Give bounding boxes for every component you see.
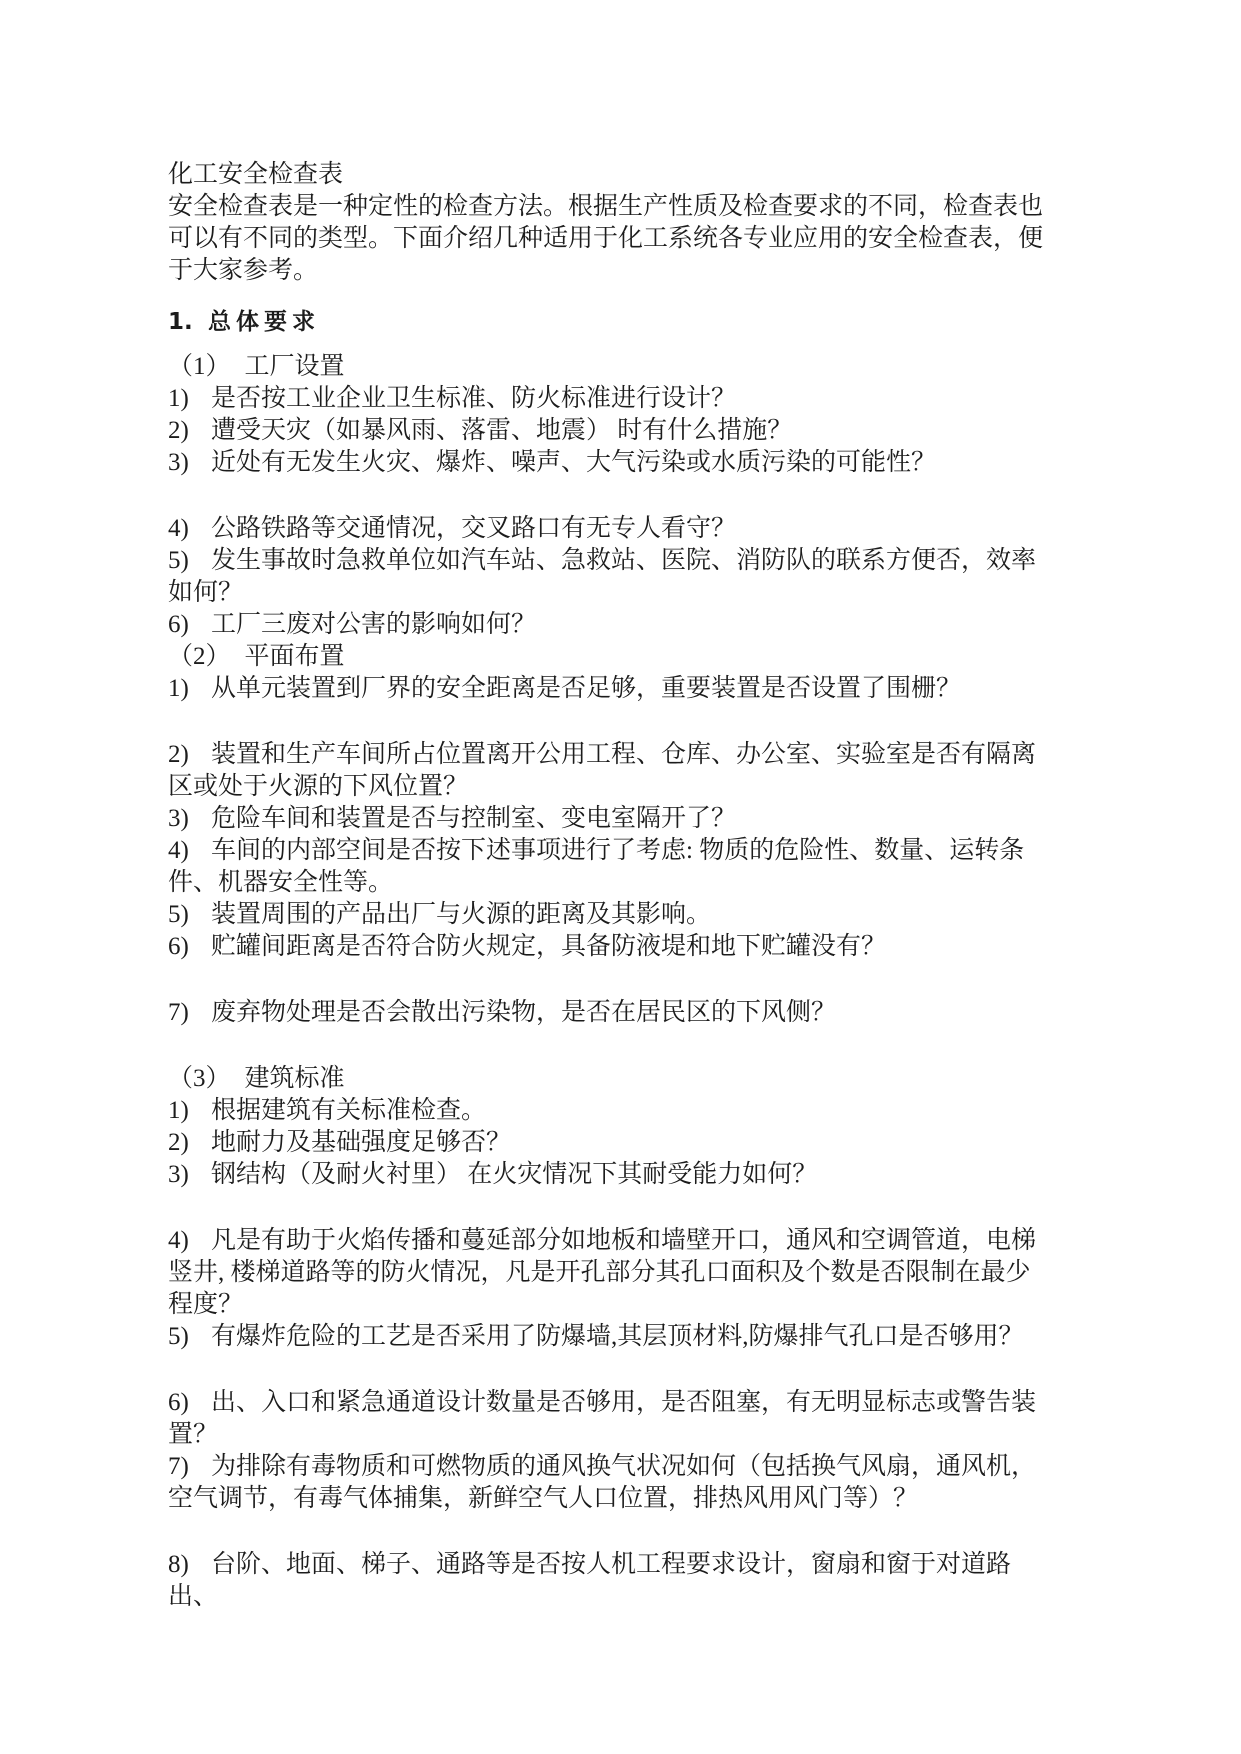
item-marker: 4): [168, 1225, 211, 1257]
checklist-item: 7)废弃物处理是否会散出污染物，是否在居民区的下风侧？: [168, 997, 1048, 1029]
item-text: 台阶、地面、梯子、通路等是否按人机工程要求设计，窗扇和窗于对道路出、: [168, 1551, 1011, 1610]
checklist-item: 1)根据建筑有关标准检查。: [168, 1095, 1048, 1127]
checklist-item: 2)遭受天灾（如暴风雨、落雷、地震） 时有什么措施？: [168, 415, 1048, 447]
checklist-item: 4)公路铁路等交通情况，交叉路口有无专人看守？: [168, 513, 1048, 545]
item-text: 公路铁路等交通情况，交叉路口有无专人看守？: [211, 515, 736, 542]
item-text: 为排除有毒物质和可燃物质的通风换气状况如何（包括换气风扇，通风机，空气调节，有毒…: [168, 1453, 1036, 1512]
intro-paragraph: 安全检查表是一种定性的检查方法。根据生产性质及检查要求的不同，检查表也可以有不同…: [168, 191, 1048, 287]
item-marker: 5): [168, 899, 211, 931]
item-text: 有爆炸危险的工艺是否采用了防爆墙,其层顶材料,防爆排气孔口是否够用？: [211, 1323, 1024, 1350]
item-marker: 7): [168, 1451, 211, 1483]
subsection-label: （1）: [168, 353, 231, 380]
checklist-item: 5)发生事故时急救单位如汽车站、急救站、医院、消防队的联系方便否，效率如何？: [168, 545, 1048, 609]
checklist-item: 1)从单元装置到厂界的安全距离是否足够，重要装置是否设置了围栅？: [168, 673, 1048, 705]
checklist-item: 3)钢结构（及耐火衬里） 在火灾情况下其耐受能力如何？: [168, 1159, 1048, 1191]
document-title: 化工安全检查表: [168, 159, 1048, 191]
item-text: 废弃物处理是否会散出污染物，是否在居民区的下风侧？: [211, 999, 836, 1026]
subsection-title: 工厂设置: [245, 353, 345, 380]
checklist-item: 6)工厂三废对公害的影响如何？: [168, 609, 1048, 641]
item-text: 是否按工业企业卫生标准、防火标准进行设计？: [211, 385, 736, 412]
item-text: 钢结构（及耐火衬里） 在火灾情况下其耐受能力如何？: [211, 1161, 817, 1188]
subsection-label: （2）: [168, 643, 231, 670]
item-text: 凡是有助于火焰传播和蔓延部分如地板和墙壁开口，通风和空调管道，电梯竖井, 楼梯道…: [168, 1227, 1036, 1318]
item-text: 装置和生产车间所占位置离开公用工程、仓库、办公室、实验室是否有隔离区或处于火源的…: [168, 741, 1036, 800]
checklist-item: 2)地耐力及基础强度足够否？: [168, 1127, 1048, 1159]
subsection-title: 建筑标准: [245, 1065, 345, 1092]
checklist-item: 2)装置和生产车间所占位置离开公用工程、仓库、办公室、实验室是否有隔离区或处于火…: [168, 739, 1048, 803]
checklist-item: 6)出、入口和紧急通道设计数量是否够用，是否阻塞，有无明显标志或警告装置？: [168, 1387, 1048, 1451]
item-marker: 8): [168, 1549, 211, 1581]
item-text: 出、入口和紧急通道设计数量是否够用，是否阻塞，有无明显标志或警告装置？: [168, 1389, 1036, 1448]
document-page: 化工安全检查表 安全检查表是一种定性的检查方法。根据生产性质及检查要求的不同，检…: [0, 0, 1241, 1754]
subsection-heading: （3）建筑标准: [168, 1063, 1048, 1095]
subsection-label: （3）: [168, 1065, 231, 1092]
section-title: 总体要求: [208, 309, 320, 335]
checklist-item: 3)近处有无发生火灾、爆炸、噪声、大气污染或水质污染的可能性？: [168, 447, 1048, 479]
item-text: 近处有无发生火灾、爆炸、噪声、大气污染或水质污染的可能性？: [211, 449, 936, 476]
item-marker: 3): [168, 803, 211, 835]
checklist-item: 8)台阶、地面、梯子、通路等是否按人机工程要求设计，窗扇和窗于对道路出、: [168, 1549, 1048, 1613]
section-number: 1.: [168, 306, 208, 338]
subsections-container: （1）工厂设置1)是否按工业企业卫生标准、防火标准进行设计？2)遭受天灾（如暴风…: [168, 351, 1048, 1613]
item-marker: 2): [168, 739, 211, 771]
item-marker: 1): [168, 1095, 211, 1127]
checklist-item: 4)凡是有助于火焰传播和蔓延部分如地板和墙壁开口，通风和空调管道，电梯竖井, 楼…: [168, 1225, 1048, 1321]
checklist-item: 1)是否按工业企业卫生标准、防火标准进行设计？: [168, 383, 1048, 415]
item-marker: 3): [168, 1159, 211, 1191]
item-text: 装置周围的产品出厂与火源的距离及其影响。: [211, 901, 711, 928]
item-text: 根据建筑有关标准检查。: [211, 1097, 486, 1124]
item-text: 从单元装置到厂界的安全距离是否足够，重要装置是否设置了围栅？: [211, 675, 961, 702]
item-text: 地耐力及基础强度足够否？: [211, 1129, 511, 1156]
item-marker: 2): [168, 1127, 211, 1159]
checklist-item: 5)有爆炸危险的工艺是否采用了防爆墙,其层顶材料,防爆排气孔口是否够用？: [168, 1321, 1048, 1353]
item-marker: 4): [168, 835, 211, 867]
item-marker: 4): [168, 513, 211, 545]
item-marker: 1): [168, 673, 211, 705]
item-marker: 5): [168, 545, 211, 577]
item-text: 工厂三废对公害的影响如何？: [211, 611, 536, 638]
item-marker: 2): [168, 415, 211, 447]
item-text: 发生事故时急救单位如汽车站、急救站、医院、消防队的联系方便否，效率如何？: [168, 547, 1036, 606]
checklist-item: 6)贮罐间距离是否符合防火规定，具备防液堤和地下贮罐没有？: [168, 931, 1048, 963]
item-marker: 6): [168, 609, 211, 641]
document-content: 化工安全检查表 安全检查表是一种定性的检查方法。根据生产性质及检查要求的不同，检…: [0, 0, 1048, 1613]
item-marker: 1): [168, 383, 211, 415]
checklist-item: 4)车间的内部空间是否按下述事项进行了考虑: 物质的危险性、数量、运转条件、机器…: [168, 835, 1048, 899]
subsection-title: 平面布置: [245, 643, 345, 670]
item-text: 车间的内部空间是否按下述事项进行了考虑: 物质的危险性、数量、运转条件、机器安全…: [168, 837, 1024, 896]
subsection-heading: （1）工厂设置: [168, 351, 1048, 383]
item-text: 危险车间和装置是否与控制室、变电室隔开了？: [211, 805, 736, 832]
subsection-heading: （2）平面布置: [168, 641, 1048, 673]
checklist-item: 5)装置周围的产品出厂与火源的距离及其影响。: [168, 899, 1048, 931]
item-marker: 5): [168, 1321, 211, 1353]
item-marker: 7): [168, 997, 211, 1029]
section-heading: 1.总体要求: [168, 306, 1048, 338]
checklist-item: 7)为排除有毒物质和可燃物质的通风换气状况如何（包括换气风扇，通风机，空气调节，…: [168, 1451, 1048, 1515]
item-marker: 6): [168, 931, 211, 963]
checklist-item: 3)危险车间和装置是否与控制室、变电室隔开了？: [168, 803, 1048, 835]
item-marker: 6): [168, 1387, 211, 1419]
item-marker: 3): [168, 447, 211, 479]
item-text: 贮罐间距离是否符合防火规定，具备防液堤和地下贮罐没有？: [211, 933, 886, 960]
item-text: 遭受天灾（如暴风雨、落雷、地震） 时有什么措施？: [211, 417, 792, 444]
